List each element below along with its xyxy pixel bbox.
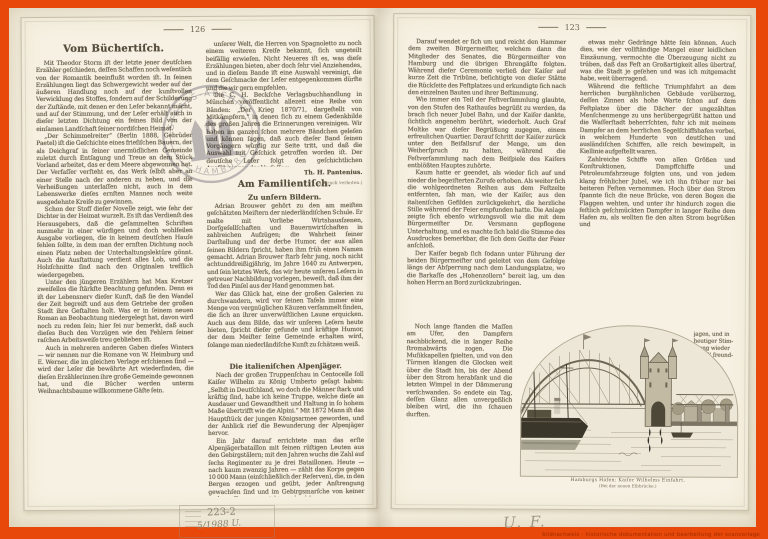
page-gutter-shadow (365, 8, 395, 527)
illustration-caption: Hamburgs Hafen: Kaiſer Wilhelms Einfahrt… (520, 478, 736, 489)
paragraph: Adrian Brouwer gehört zu den am meiſten … (207, 202, 364, 291)
right-page: 123 Darauf wendet er ſich um und reicht … (391, 13, 752, 511)
page-number-left: 126 (22, 24, 374, 35)
paragraph: Wer das Glück hat, eine der großen Galer… (207, 290, 363, 349)
reprint-forbidden-note: (Abdruck verboten.) (317, 181, 363, 186)
pencil-initials: U. F. (503, 512, 547, 532)
footer-watermark: bildnachweis · historische dokumentation… (542, 532, 760, 538)
sub-heading-alpenjaeger: Die italieniſchen Alpenjäger. (208, 361, 364, 371)
left-page: 126 Vom Büchertiſch. Mit Theodor Storm i… (20, 15, 377, 511)
left-page-column-2-mid: Adrian Brouwer gehört zu den am meiſten … (207, 202, 364, 359)
paragraph: Kaum hatte er geendet, als wieder ſich a… (407, 169, 565, 250)
right-page-column-1: Darauf wendet er ſich um und reicht den … (407, 38, 566, 323)
paper-sheet: 126 Vom Büchertiſch. Mit Theodor Storm i… (9, 8, 756, 527)
paragraph: Auch in mehreren anderen Gaben dieſes Wi… (37, 344, 193, 396)
sub-heading-bilder: Zu unſern Bildern. (207, 192, 363, 202)
paragraph: Unter den jüngeren Erzählern hat Max Kre… (37, 278, 193, 345)
page-number-right: 123 (394, 22, 750, 33)
paragraph: etwas mehr Gedränge hätte ſein können. A… (580, 39, 736, 84)
paragraph: Zahlreiche Schiffe von allen Größen und … (579, 156, 735, 230)
left-page-column-2-bottom: Nach der großen Truppenſchau in Centocel… (208, 371, 365, 497)
article-heading-buechertisch: Vom Büchertiſch. (36, 43, 192, 55)
paragraph: Nach der großen Truppenſchau in Centocel… (208, 371, 364, 438)
caption-line-2: (Bei der neuen Elbbrücke.) (520, 483, 736, 489)
right-page-column-2: etwas mehr Gedränge hätte ſein können. A… (579, 39, 737, 328)
paragraph: Schon der Stoff dieſer Novelle zeigt, wi… (37, 205, 193, 279)
paragraph: Der Kaiſer begab ſich ſodann unter Führu… (407, 250, 565, 287)
pencil-inventory-number: 223-2 (207, 507, 236, 519)
paragraph: Darauf wendet er ſich um und reicht den … (408, 38, 566, 97)
paragraph: Während die feſtliche Triumphfahrt an de… (580, 83, 736, 157)
stamp-castle-icon (186, 114, 237, 161)
paragraph: Noch lange ſtanden die Maſſen am Ufer, d… (406, 323, 512, 418)
archive-stamp: STAATS-ARCHIV HAMBURG (151, 74, 271, 194)
right-page-column-1-narrow: Noch lange ſtanden die Maſſen am Ufer, d… (406, 323, 513, 496)
paragraph: Wie immer ein Teil der Feſtverſammlung g… (407, 97, 565, 171)
paragraph: Ein Jahr darauf errichtete man das erſte… (208, 437, 364, 497)
